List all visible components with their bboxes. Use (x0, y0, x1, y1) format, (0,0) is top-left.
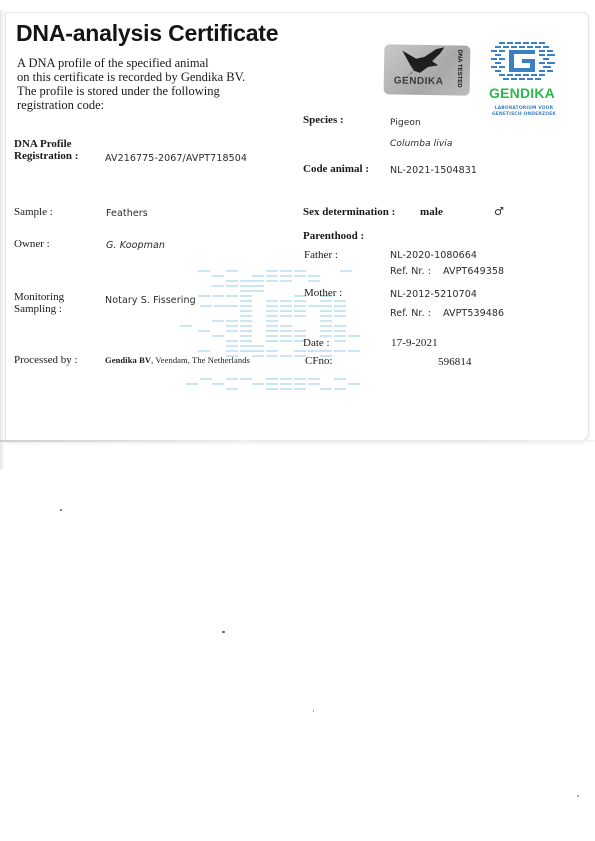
processed-company: Gendika BV (105, 355, 151, 365)
code-animal-value: NL-2021-1504831 (390, 165, 477, 176)
processed-label: Processed by : (14, 354, 78, 366)
cfno-value: 596814 (438, 356, 472, 368)
mother-value: NL-2012-5210704 (390, 289, 477, 300)
species-latin: Columba livia (390, 139, 453, 149)
mother-ref-value: AVPT539486 (443, 308, 504, 319)
certificate-title: DNA-analysis Certificate (16, 20, 278, 47)
logo-name: GENDIKA (489, 85, 555, 101)
seal-brand: GENDIKA (394, 75, 444, 87)
monitoring-label-line: Monitoring (14, 291, 64, 303)
male-symbol-icon: ♂ (494, 205, 504, 218)
registration-label-line: Registration : (14, 150, 78, 162)
scan-speck (313, 710, 314, 712)
registration-label-line: DNA Profile (14, 138, 78, 150)
parenthood-label: Parenthood : (303, 230, 364, 242)
species-common: Pigeon (390, 118, 421, 128)
page-edge-shadow (0, 10, 4, 470)
intro-line: A DNA profile of the specified animal (17, 56, 277, 70)
monitoring-label-line: Sampling : (14, 303, 64, 315)
sex-label: Sex determination : (303, 206, 395, 218)
watermark-g-icon (180, 268, 400, 398)
logo-subtitle-line: LABORATORIUM VOOR (491, 106, 557, 112)
processed-value: Gendika BV, Veendam, The Netherlands (105, 355, 250, 365)
intro-line: The profile is stored under the followin… (17, 84, 277, 98)
seal-dna-tested: DNA TESTED (456, 49, 463, 87)
father-label: Father : (304, 249, 338, 261)
mother-label: Mother : (304, 287, 342, 299)
certificate-intro: A DNA profile of the specified animal on… (17, 56, 277, 112)
scan-speck (60, 509, 62, 511)
sex-value: male (420, 206, 443, 218)
processed-location: , Veendam, The Netherlands (151, 355, 250, 365)
intro-line: registration code: (17, 98, 277, 112)
father-ref-label: Ref. Nr. : (390, 266, 431, 277)
intro-line: on this certificate is recorded by Gendi… (17, 70, 277, 84)
registration-label: DNA Profile Registration : (14, 138, 78, 162)
date-label: Date : (303, 337, 330, 349)
scan-speck (577, 795, 579, 797)
owner-label: Owner : (14, 238, 50, 250)
cfno-label: CFno: (305, 355, 333, 367)
dna-g-mark-icon (489, 40, 559, 84)
monitoring-value: Notary S. Fissering (105, 295, 196, 306)
monitoring-label: Monitoring Sampling : (14, 291, 64, 315)
father-ref-value: AVPT649358 (443, 266, 504, 277)
sample-value: Feathers (106, 208, 148, 219)
father-value: NL-2020-1080664 (390, 250, 477, 261)
mother-ref-label: Ref. Nr. : (390, 308, 431, 319)
scan-speck (222, 631, 225, 633)
certificate-card-edge (0, 440, 595, 442)
owner-value: G. Koopman (106, 240, 165, 251)
date-value: 17-9-2021 (391, 337, 438, 349)
logo-subtitle: LABORATORIUM VOOR GENETISCH ONDERZOEK (491, 106, 557, 117)
dna-tested-seal: GENDIKA DNA TESTED (384, 44, 471, 95)
species-label: Species : (303, 114, 344, 126)
sample-label: Sample : (14, 206, 53, 218)
logo-subtitle-line: GENETISCH ONDERZOEK (491, 112, 557, 118)
code-animal-label: Code animal : (303, 163, 369, 175)
registration-value: AV216775-2067/AVPT718504 (105, 153, 247, 164)
gendika-logo: GENDIKA LABORATORIUM VOOR GENETISCH ONDE… (486, 40, 561, 125)
